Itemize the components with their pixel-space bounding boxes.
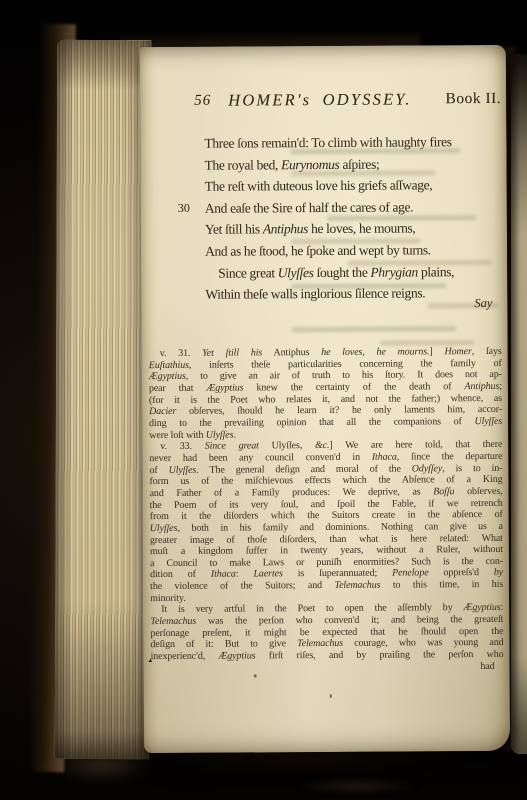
poem-catchword: Say xyxy=(474,296,492,311)
cover-bottom-smudge xyxy=(52,750,152,780)
facing-page-sliver xyxy=(511,54,527,754)
footnotes-block: v. 31. Yet ſtill his Antiphus he loves, … xyxy=(149,346,504,675)
running-title: HOMER's ODYSSEY. xyxy=(228,89,412,110)
page-number: 56 xyxy=(194,93,211,110)
footnote-catchword: had xyxy=(151,661,504,675)
poem-line: Since great Ulyſſes ſought the Phrygian … xyxy=(205,260,499,283)
poem-line: Three ſons remain'd: To climb with haugh… xyxy=(204,131,498,154)
surface-glint xyxy=(298,779,416,793)
book-photograph: 56 HOMER's ODYSSEY. Book II. Three ſons … xyxy=(0,0,527,800)
footnote-line: the violence of the Suitors; and Telemac… xyxy=(150,579,503,593)
poem-line: The royal bed, Eurynomus aſpires; xyxy=(205,153,499,176)
signature-mark: ▴ xyxy=(149,656,153,664)
poem-line: The reſt with duteous love his griefs aſ… xyxy=(205,174,499,197)
page-stack-fore-edge xyxy=(55,40,152,759)
footnote-line: ding to the prevailing opinion that all … xyxy=(149,416,502,430)
footnote-line: inexperienc'd, Ægyptius firſt riſes, and… xyxy=(151,649,504,663)
book-page: 56 HOMER's ODYSSEY. Book II. Three ſons … xyxy=(140,45,510,753)
poem-block: Three ſons remain'd: To climb with haugh… xyxy=(204,131,499,306)
poem-line: Yet ſtill his Antiphus he loves, he mour… xyxy=(205,217,499,240)
verse-number: 30 xyxy=(178,198,190,220)
poem-line: 30And eaſe the Sire of half the cares of… xyxy=(205,196,499,219)
page-header: 56 HOMER's ODYSSEY. Book II. xyxy=(140,89,506,115)
poem-line: Within theſe walls inglorious ſilence re… xyxy=(205,282,499,305)
book-number: Book II. xyxy=(445,90,501,108)
poem-line: And as he ſtood, he ſpoke and wept by tu… xyxy=(205,239,499,262)
